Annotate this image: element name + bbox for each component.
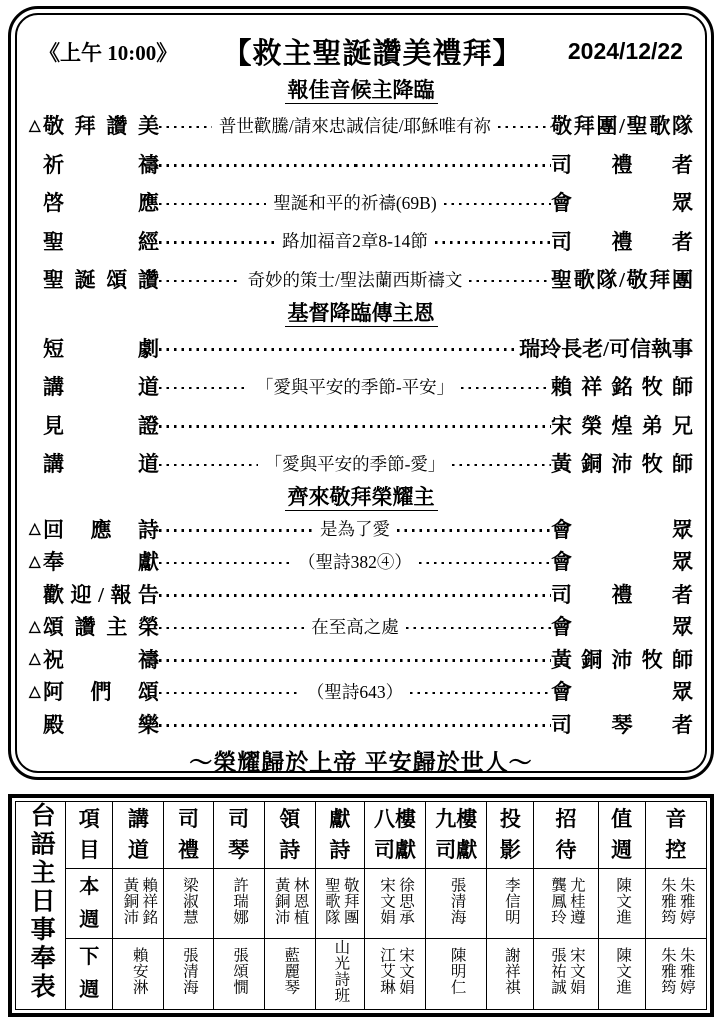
dot-leader — [159, 387, 249, 390]
item-label: 見證 — [43, 410, 159, 440]
item-content: （聖詩643） — [300, 679, 410, 704]
duty-cell: 朱雅婷 朱雅筠 — [645, 939, 706, 1009]
dot-leader — [159, 241, 275, 244]
item-label: 祝禱 — [43, 644, 159, 674]
duty-cell-text: 張頌憪 — [229, 947, 248, 995]
dot-leader — [339, 348, 519, 351]
section-heading-text: 基督降臨傳主恩 — [285, 301, 438, 327]
kneel-marker: △ — [29, 116, 43, 135]
duty-cell: 陳文進 — [598, 939, 645, 1009]
duty-cell: 賴祥銘 黃銅沛 — [113, 869, 164, 939]
item-role: 聖歌隊/敬拜團 — [551, 264, 693, 294]
item-label: 聖誕頌讚 — [43, 264, 159, 294]
item-label: 頌讚主榮 — [43, 611, 159, 641]
program-row: 講道 「愛與平安的季節-平安」 賴祥銘牧師 — [25, 367, 697, 406]
program-section-3: 齊來敬拜榮耀主 △ 回應詩 是為了愛 會眾 △ 奉獻 （聖詩382④） 會眾 歡… — [25, 483, 697, 741]
program-row: 聖經 路加福音2章8-14節 司禮者 — [25, 222, 697, 261]
dot-leader — [159, 529, 313, 532]
item-content: 在至高之處 — [304, 614, 406, 639]
program-section-2: 基督降臨傳主恩 短劇 瑞玲長老/可信執事 講道 「愛與平安的季節-平安」 賴祥銘… — [25, 299, 697, 483]
section-heading: 齊來敬拜榮耀主 — [25, 483, 697, 513]
week-label: 下 週 — [66, 939, 113, 1009]
duty-cell-text: 朱雅婷 朱雅筠 — [657, 947, 695, 995]
dot-leader — [159, 659, 355, 662]
dot-leader — [355, 164, 551, 167]
duty-cell-text: 徐思承 宋文娟 — [376, 877, 414, 925]
duty-table-title: 台語主日事奉表 — [16, 802, 66, 1010]
column-header-presider: 司 禮 — [164, 802, 213, 869]
kneel-marker: △ — [29, 519, 43, 538]
duty-cell-text: 李信明 — [501, 877, 520, 925]
duty-table: 台語主日事奉表 項 目 講 道 司 禮 司 琴 領 詩 獻 詩 八樓 司獻 九樓… — [8, 794, 714, 1017]
duty-cell: 賴安淋 — [113, 939, 164, 1009]
dot-leader — [419, 562, 551, 565]
program-row: 見證 宋榮煌弟兄 — [25, 406, 697, 445]
dot-leader — [355, 594, 551, 597]
program-row: △ 奉獻 （聖詩382④） 會眾 — [25, 545, 697, 578]
item-label: 阿們頌 — [43, 676, 159, 706]
duty-cell-text: 朱雅婷 朱雅筠 — [657, 877, 695, 925]
program-row: 歡迎/報告 司禮者 — [25, 578, 697, 611]
item-content: 路加福音2章8-14節 — [275, 228, 435, 253]
section-heading-text: 報佳音候主降臨 — [285, 78, 438, 104]
duty-cell: 藍麗琴 — [264, 939, 315, 1009]
column-header-anthem: 獻 詩 — [315, 802, 364, 869]
item-role: 會眾 — [551, 514, 693, 544]
item-content: 「愛與平安的季節-平安」 — [249, 374, 461, 399]
duty-cell-text: 藍麗琴 — [280, 947, 299, 995]
item-role: 敬拜團/聖歌隊 — [551, 110, 693, 140]
item-label: 歡迎/報告 — [43, 579, 159, 609]
duty-table-title-text: 台語主日事奉表 — [28, 802, 53, 1002]
item-role: 會眾 — [551, 611, 693, 641]
page-title: 【救主聖誕讚美禮拜】 — [223, 31, 523, 72]
dot-leader — [159, 203, 266, 206]
program-footer: ～榮耀歸於上帝 平安歸於世人～ — [25, 744, 697, 777]
item-role: 黃銅沛牧師 — [551, 644, 693, 674]
dot-leader — [452, 464, 551, 467]
program-row: 講道 「愛與平安的季節-愛」 黃銅沛牧師 — [25, 444, 697, 483]
program-section-1: 報佳音候主降臨 △ 敬拜讚美 普世歡騰/請來忠誠信徒/耶穌唯有祢 敬拜團/聖歌隊… — [25, 76, 697, 299]
column-header-pianist: 司 琴 — [213, 802, 264, 869]
item-label: 奉獻 — [43, 546, 159, 576]
item-label: 殿樂 — [43, 709, 159, 739]
duty-cell: 林恩植 黃銅沛 — [264, 869, 315, 939]
item-role: 賴祥銘牧師 — [551, 371, 693, 401]
kneel-marker: △ — [29, 552, 43, 571]
dot-leader — [498, 126, 551, 129]
item-content: 聖誕和平的祈禱(69B) — [266, 190, 443, 215]
item-label: 講道 — [43, 448, 159, 478]
duty-cell: 宋文娟 江艾琳 — [364, 939, 425, 1009]
duty-cell-text: 張清海 — [179, 947, 198, 995]
kneel-marker: △ — [29, 682, 43, 701]
service-time: 《上午 10:00》 — [39, 37, 177, 67]
column-header-sermon: 講 道 — [113, 802, 164, 869]
duty-row-next-week: 下 週 賴安淋 張清海 張頌憪 藍麗琴 山光詩班 宋文娟 江艾琳 陳明仁 謝祥祺… — [16, 939, 707, 1009]
item-label: 祈禱 — [43, 149, 159, 179]
item-content: 是為了愛 — [313, 516, 397, 541]
dot-leader — [355, 724, 551, 727]
dot-leader — [397, 529, 551, 532]
duty-cell-text: 陳明仁 — [447, 947, 466, 995]
item-role: 司禮者 — [551, 149, 693, 179]
dot-leader — [159, 464, 258, 467]
dot-leader — [355, 659, 551, 662]
kneel-marker: △ — [29, 649, 43, 668]
duty-cell: 敬拜團 聖歌隊 — [315, 869, 364, 939]
service-date: 2024/12/22 — [568, 38, 683, 65]
dot-leader — [159, 425, 355, 428]
duty-cell: 陳文進 — [598, 869, 645, 939]
item-label: 聖經 — [43, 226, 159, 256]
dot-leader — [159, 348, 339, 351]
duty-cell: 許瑞娜 — [213, 869, 264, 939]
item-label: 回應詩 — [43, 514, 159, 544]
duty-cell: 梁淑慧 — [164, 869, 213, 939]
program-header: 《上午 10:00》 【救主聖誕讚美禮拜】 2024/12/22 — [25, 21, 697, 76]
section-heading: 報佳音候主降臨 — [25, 76, 697, 106]
item-role: 瑞玲長老/可信執事 — [519, 333, 693, 363]
duty-cell: 謝祥祺 — [487, 939, 534, 1009]
item-role: 宋榮煌弟兄 — [551, 410, 693, 440]
dot-leader — [159, 627, 304, 630]
duty-cell-text: 尤桂遵 龔鳳玲 — [547, 877, 585, 925]
item-content: （聖詩382④） — [291, 549, 419, 574]
duty-cell-text: 謝祥祺 — [501, 947, 520, 995]
kneel-marker: △ — [29, 617, 43, 636]
program-row: 祈禱 司禮者 — [25, 145, 697, 184]
item-role: 會眾 — [551, 676, 693, 706]
dot-leader — [461, 387, 551, 390]
program-row: △ 敬拜讚美 普世歡騰/請來忠誠信徒/耶穌唯有祢 敬拜團/聖歌隊 — [25, 106, 697, 145]
item-role: 司禮者 — [551, 226, 693, 256]
duty-cell-text: 敬拜團 聖歌隊 — [321, 877, 359, 925]
dot-leader — [159, 594, 355, 597]
program-row: 聖誕頌讚 奇妙的策士/聖法蘭西斯禱文 聖歌隊/敬拜團 — [25, 260, 697, 299]
item-content: 「愛與平安的季節-愛」 — [258, 451, 453, 476]
item-role: 黃銅沛牧師 — [551, 448, 693, 478]
dot-leader — [159, 126, 212, 129]
program-row: △ 祝禱 黃銅沛牧師 — [25, 643, 697, 676]
week-label: 本 週 — [66, 869, 113, 939]
duty-cell-text: 陳文進 — [612, 877, 631, 925]
duty-cell-text: 賴祥銘 黃銅沛 — [119, 877, 157, 925]
column-header-ushers: 招 待 — [534, 802, 598, 869]
item-role: 會眾 — [551, 187, 693, 217]
item-label: 講道 — [43, 371, 159, 401]
section-heading: 基督降臨傳主恩 — [25, 299, 697, 329]
item-content: 奇妙的策士/聖法蘭西斯禱文 — [241, 267, 470, 292]
duty-cell: 張清海 — [164, 939, 213, 1009]
dot-leader — [159, 280, 241, 283]
program-row: 殿樂 司琴者 — [25, 708, 697, 741]
duty-cell-text: 梁淑慧 — [179, 877, 198, 925]
item-label: 短劇 — [43, 333, 159, 363]
duty-cell-text: 陳文進 — [612, 947, 631, 995]
dot-leader — [469, 280, 551, 283]
column-header-duty-week: 值 週 — [598, 802, 645, 869]
dot-leader — [159, 724, 355, 727]
program-row: 短劇 瑞玲長老/可信執事 — [25, 329, 697, 368]
dot-leader — [410, 692, 551, 695]
program-row: △ 阿們頌 （聖詩643） 會眾 — [25, 675, 697, 708]
duty-cell: 宋文娟 張祐誠 — [534, 939, 598, 1009]
dot-leader — [355, 425, 551, 428]
dot-leader — [435, 241, 551, 244]
duty-cell-text: 賴安淋 — [129, 947, 148, 995]
duty-cell: 朱雅婷 朱雅筠 — [645, 869, 706, 939]
dot-leader — [159, 164, 355, 167]
duty-cell-text: 宋文娟 江艾琳 — [376, 947, 414, 995]
duty-cell: 尤桂遵 龔鳳玲 — [534, 869, 598, 939]
duty-cell-text: 許瑞娜 — [229, 877, 248, 925]
program-row: △ 頌讚主榮 在至高之處 會眾 — [25, 610, 697, 643]
dot-leader — [444, 203, 551, 206]
program-row: △ 回應詩 是為了愛 會眾 — [25, 513, 697, 546]
duty-cell: 李信明 — [487, 869, 534, 939]
column-header-audio: 音 控 — [645, 802, 706, 869]
duty-cell: 山光詩班 — [315, 939, 364, 1009]
dot-leader — [406, 627, 551, 630]
duty-cell-text: 山光詩班 — [330, 939, 349, 1003]
duty-cell: 張頌憪 — [213, 939, 264, 1009]
duty-cell-text: 張清海 — [447, 877, 466, 925]
duty-cell: 徐思承 宋文娟 — [364, 869, 425, 939]
column-header-song-leader: 領 詩 — [264, 802, 315, 869]
worship-program-inner: 《上午 10:00》 【救主聖誕讚美禮拜】 2024/12/22 報佳音候主降臨… — [15, 13, 707, 773]
column-header-projection: 投 影 — [487, 802, 534, 869]
duty-cell-text: 宋文娟 張祐誠 — [547, 947, 585, 995]
item-role: 司禮者 — [551, 579, 693, 609]
duty-cell-text: 林恩植 黃銅沛 — [271, 877, 309, 925]
duty-row-this-week: 本 週 賴祥銘 黃銅沛 梁淑慧 許瑞娜 林恩植 黃銅沛 敬拜團 聖歌隊 徐思承 … — [16, 869, 707, 939]
dot-leader — [159, 562, 291, 565]
duty-cell: 張清海 — [426, 869, 487, 939]
item-role: 會眾 — [551, 546, 693, 576]
duty-cell: 陳明仁 — [426, 939, 487, 1009]
column-header-8f-offering: 八樓 司獻 — [364, 802, 425, 869]
column-header-9f-offering: 九樓 司獻 — [426, 802, 487, 869]
section-heading-text: 齊來敬拜榮耀主 — [285, 485, 438, 511]
dot-leader — [159, 692, 300, 695]
item-label: 啓應 — [43, 187, 159, 217]
item-content: 普世歡騰/請來忠誠信徒/耶穌唯有祢 — [212, 113, 498, 138]
program-row: 啓應 聖誕和平的祈禱(69B) 會眾 — [25, 183, 697, 222]
item-label: 敬拜讚美 — [43, 110, 159, 140]
worship-program-box: 《上午 10:00》 【救主聖誕讚美禮拜】 2024/12/22 報佳音候主降臨… — [8, 6, 714, 780]
item-role: 司琴者 — [551, 709, 693, 739]
column-header-item: 項 目 — [66, 802, 113, 869]
